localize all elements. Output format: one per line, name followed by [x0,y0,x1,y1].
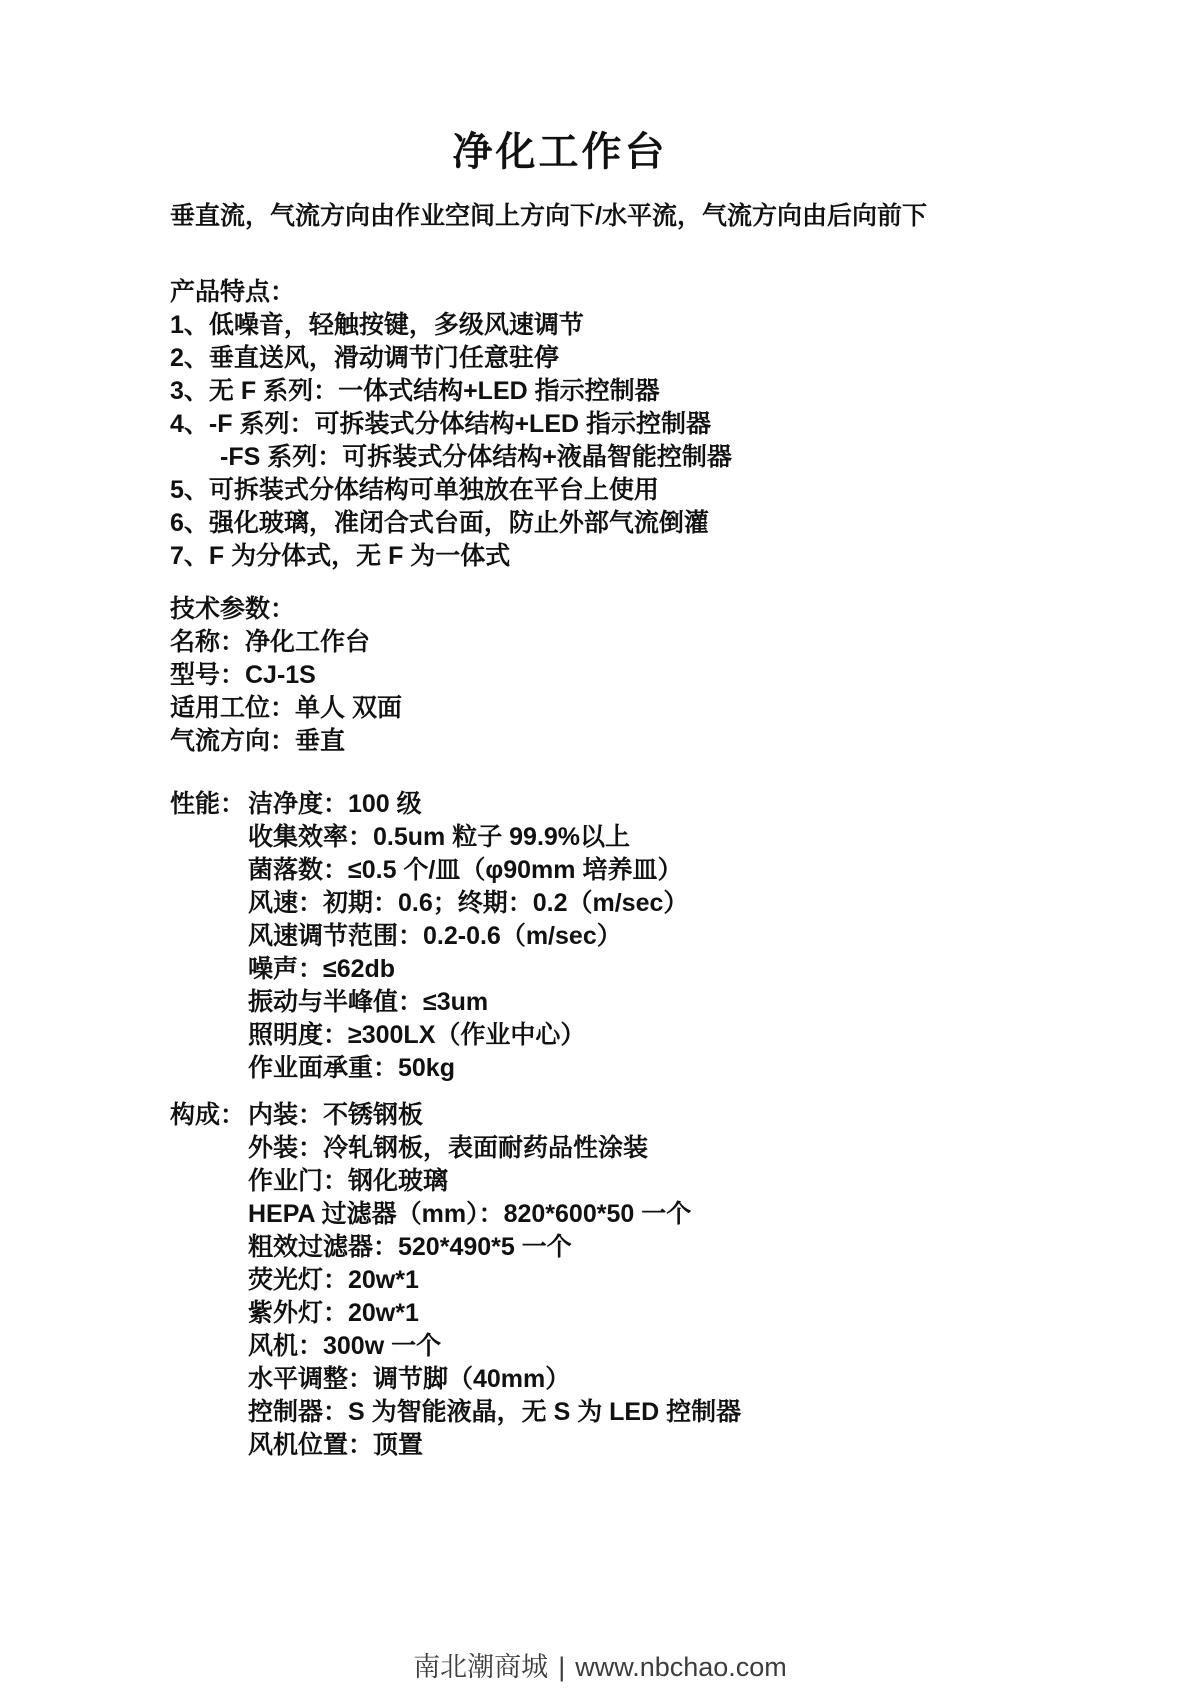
composition-line: 荧光灯：20w*1 [248,1264,950,1297]
spec-line-model: 型号：CJ-1S [170,659,950,692]
performance-section: 性能： 洁净度：100 级 收集效率：0.5um 粒子 99.9%以上 菌落数：… [170,788,950,1085]
performance-line: 噪声：≤62db [248,953,950,986]
performance-label: 性能： [170,788,245,821]
document-content: 净化工作台 垂直流，气流方向由作业空间上方向下/水平流，气流方向由后向前下 产品… [170,126,950,1462]
tech-specs-section: 技术参数： 名称：净化工作台 型号：CJ-1S 适用工位：单人 双面 气流方向：… [170,593,950,758]
footer-url: www.nbchao.com [575,1652,787,1682]
footer-site-name: 南北潮商城 [413,1652,548,1682]
performance-line: 收集效率：0.5um 粒子 99.9%以上 [248,821,950,854]
document-page: 净化工作台 垂直流，气流方向由作业空间上方向下/水平流，气流方向由后向前下 产品… [0,0,1200,1697]
composition-line: 水平调整：调节脚（40mm） [248,1363,950,1396]
page-title: 净化工作台 [170,126,950,178]
feature-item: 3、无 F 系列：一体式结构+LED 指示控制器 [170,375,950,408]
page-footer: 南北潮商城|www.nbchao.com [0,1650,1200,1684]
feature-item: 7、F 为分体式，无 F 为一体式 [170,540,950,573]
performance-line: 作业面承重：50kg [248,1052,950,1085]
performance-line: 照明度：≥300LX（作业中心） [248,1019,950,1052]
composition-line: 控制器：S 为智能液晶，无 S 为 LED 控制器 [248,1396,950,1429]
composition-label: 构成： [170,1099,245,1132]
composition-line: 粗效过滤器：520*490*5 一个 [248,1231,950,1264]
feature-item-sub: -FS 系列：可拆装式分体结构+液晶智能控制器 [170,441,950,474]
performance-line: 风速调节范围：0.2-0.6（m/sec） [248,920,950,953]
performance-line: 风速：初期：0.6；终期：0.2（m/sec） [248,887,950,920]
composition-line: 外装：冷轧钢板，表面耐药品性涂装 [248,1132,950,1165]
composition-line: 内装：不锈钢板 [248,1099,950,1132]
composition-line: 风机：300w 一个 [248,1330,950,1363]
tech-specs-heading: 技术参数： [170,593,950,626]
feature-item: 1、低噪音，轻触按键，多级风速调节 [170,309,950,342]
features-section: 产品特点： 1、低噪音，轻触按键，多级风速调节 2、垂直送风，滑动调节门任意驻停… [170,276,950,573]
feature-item: 5、可拆装式分体结构可单独放在平台上使用 [170,474,950,507]
spec-line-name: 名称：净化工作台 [170,626,950,659]
feature-item: 4、-F 系列：可拆装式分体结构+LED 指示控制器 [170,408,950,441]
feature-item: 6、强化玻璃，准闭合式台面，防止外部气流倒灌 [170,507,950,540]
composition-line: 风机位置：顶置 [248,1429,950,1462]
footer-separator: | [558,1652,565,1682]
performance-line: 菌落数：≤0.5 个/皿（φ90mm 培养皿） [248,854,950,887]
performance-lines: 洁净度：100 级 收集效率：0.5um 粒子 99.9%以上 菌落数：≤0.5… [170,788,950,1085]
performance-line: 振动与半峰值：≤3um [248,986,950,1019]
composition-line: 紫外灯：20w*1 [248,1297,950,1330]
features-heading: 产品特点： [170,276,950,309]
spec-line-workstation: 适用工位：单人 双面 [170,692,950,725]
composition-lines: 内装：不锈钢板 外装：冷轧钢板，表面耐药品性涂装 作业门：钢化玻璃 HEPA 过… [170,1099,950,1462]
composition-line: 作业门：钢化玻璃 [248,1165,950,1198]
document-subtitle: 垂直流，气流方向由作业空间上方向下/水平流，气流方向由后向前下 [170,200,950,233]
composition-line: HEPA 过滤器（mm）：820*600*50 一个 [248,1198,950,1231]
performance-line: 洁净度：100 级 [248,788,950,821]
composition-section: 构成： 内装：不锈钢板 外装：冷轧钢板，表面耐药品性涂装 作业门：钢化玻璃 HE… [170,1099,950,1462]
feature-item: 2、垂直送风，滑动调节门任意驻停 [170,342,950,375]
spec-line-airflow: 气流方向：垂直 [170,725,950,758]
